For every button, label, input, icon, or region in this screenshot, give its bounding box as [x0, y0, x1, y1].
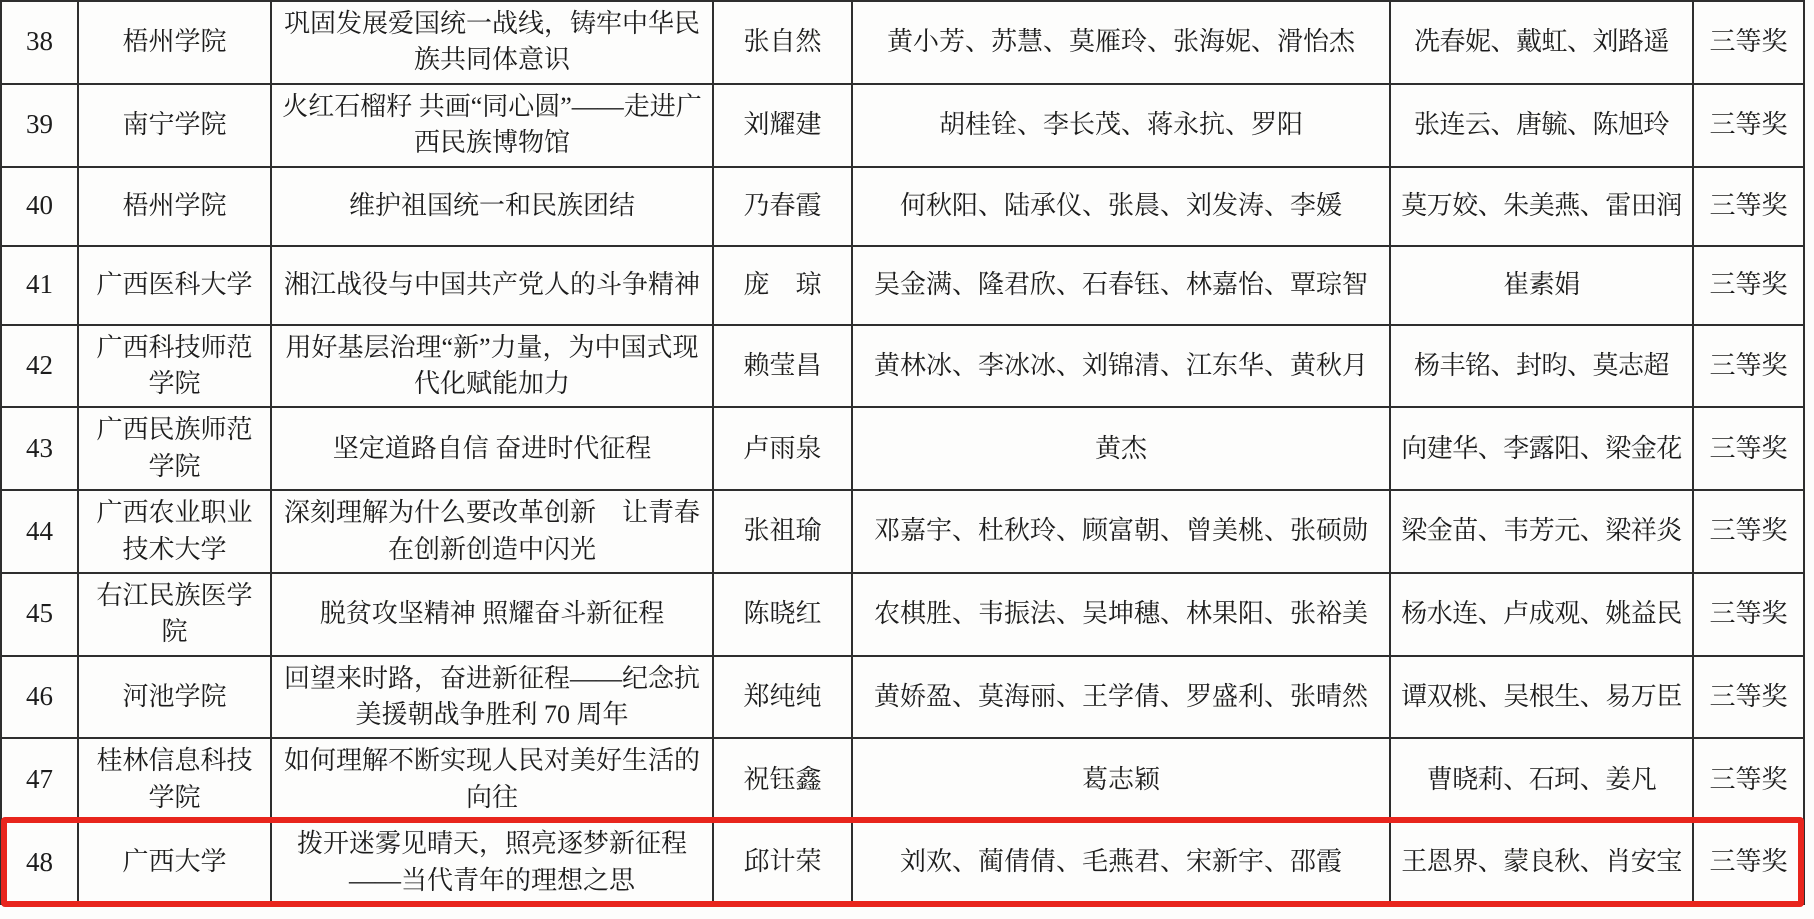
cell-row-number: 47 — [2, 739, 77, 820]
cell-leader: 郑纯纯 — [712, 657, 851, 738]
cell-institution: 南宁学院 — [77, 85, 270, 166]
cell-leader: 刘耀建 — [712, 85, 851, 166]
cell-advisors: 崔素娟 — [1389, 247, 1692, 324]
cell-row-number: 46 — [2, 657, 77, 738]
cell-award-level: 三等奖 — [1692, 822, 1803, 903]
cell-row-number: 41 — [2, 247, 77, 324]
table-row: 39 南宁学院 火红石榴籽 共画“同心圆”——走进广西民族博物馆 刘耀建 胡桂铨… — [2, 85, 1803, 168]
cell-project-title: 火红石榴籽 共画“同心圆”——走进广西民族博物馆 — [270, 85, 712, 166]
cell-leader: 张祖瑜 — [712, 491, 851, 572]
cell-advisors: 冼春妮、戴虹、刘路遥 — [1389, 2, 1692, 83]
cell-leader: 张自然 — [712, 2, 851, 83]
cell-institution: 梧州学院 — [77, 2, 270, 83]
cell-members: 黄娇盈、莫海丽、王学倩、罗盛利、张晴然 — [851, 657, 1389, 738]
table-row: 46 河池学院 回望来时路，奋进新征程——纪念抗美援朝战争胜利 70 周年 郑纯… — [2, 657, 1803, 740]
table-row: 38 梧州学院 巩固发展爱国统一战线，铸牢中华民族共同体意识 张自然 黄小芳、苏… — [2, 2, 1803, 85]
cell-institution: 广西科技师范学院 — [77, 326, 270, 407]
table-row: 48 广西大学 拨开迷雾见晴天，照亮逐梦新征程——当代青年的理想之思 邱计荣 刘… — [2, 822, 1803, 905]
cell-members: 刘欢、蔺倩倩、毛燕君、宋新宇、邵霞 — [851, 822, 1389, 903]
cell-members: 黄杰 — [851, 408, 1389, 489]
cell-project-title: 深刻理解为什么要改革创新 让青春在创新创造中闪光 — [270, 491, 712, 572]
cell-project-title: 坚定道路自信 奋进时代征程 — [270, 408, 712, 489]
cell-row-number: 39 — [2, 85, 77, 166]
cell-award-level: 三等奖 — [1692, 574, 1803, 655]
cell-row-number: 42 — [2, 326, 77, 407]
cell-project-title: 巩固发展爱国统一战线，铸牢中华民族共同体意识 — [270, 2, 712, 83]
cell-award-level: 三等奖 — [1692, 326, 1803, 407]
cell-advisors: 张连云、唐毓、陈旭玲 — [1389, 85, 1692, 166]
cell-leader: 庞 琼 — [712, 247, 851, 324]
cell-project-title: 脱贫攻坚精神 照耀奋斗新征程 — [270, 574, 712, 655]
cell-advisors: 向建华、李露阳、梁金花 — [1389, 408, 1692, 489]
cell-row-number: 38 — [2, 2, 77, 83]
table-row: 40 梧州学院 维护祖国统一和民族团结 乃春霞 何秋阳、陆承仪、张晨、刘发涛、李… — [2, 168, 1803, 247]
document-page: 38 梧州学院 巩固发展爱国统一战线，铸牢中华民族共同体意识 张自然 黄小芳、苏… — [0, 0, 1814, 919]
cell-advisors: 梁金苗、韦芳元、梁祥炎 — [1389, 491, 1692, 572]
cell-leader: 乃春霞 — [712, 168, 851, 245]
cell-institution: 广西农业职业技术大学 — [77, 491, 270, 572]
cell-row-number: 43 — [2, 408, 77, 489]
cell-institution: 桂林信息科技学院 — [77, 739, 270, 820]
table-row: 44 广西农业职业技术大学 深刻理解为什么要改革创新 让青春在创新创造中闪光 张… — [2, 491, 1803, 574]
cell-row-number: 45 — [2, 574, 77, 655]
cell-leader: 邱计荣 — [712, 822, 851, 903]
table-row: 43 广西民族师范学院 坚定道路自信 奋进时代征程 卢雨泉 黄杰 向建华、李露阳… — [2, 408, 1803, 491]
cell-members: 葛志颖 — [851, 739, 1389, 820]
cell-award-level: 三等奖 — [1692, 168, 1803, 245]
cell-leader: 陈晓红 — [712, 574, 851, 655]
cell-row-number: 40 — [2, 168, 77, 245]
cell-members: 吴金满、隆君欣、石春钰、林嘉怡、覃琮智 — [851, 247, 1389, 324]
cell-project-title: 如何理解不断实现人民对美好生活的向往 — [270, 739, 712, 820]
cell-advisors: 谭双桃、吴根生、易万臣 — [1389, 657, 1692, 738]
cell-advisors: 曹晓莉、石珂、姜凡 — [1389, 739, 1692, 820]
cell-project-title: 回望来时路，奋进新征程——纪念抗美援朝战争胜利 70 周年 — [270, 657, 712, 738]
cell-members: 农棋胜、韦振法、吴坤穗、林果阳、张裕美 — [851, 574, 1389, 655]
table-row: 47 桂林信息科技学院 如何理解不断实现人民对美好生活的向往 祝钰鑫 葛志颖 曹… — [2, 739, 1803, 822]
award-table: 38 梧州学院 巩固发展爱国统一战线，铸牢中华民族共同体意识 张自然 黄小芳、苏… — [0, 0, 1805, 905]
cell-institution: 广西民族师范学院 — [77, 408, 270, 489]
cell-award-level: 三等奖 — [1692, 657, 1803, 738]
cell-award-level: 三等奖 — [1692, 247, 1803, 324]
cell-advisors: 莫万姣、朱美燕、雷田润 — [1389, 168, 1692, 245]
cell-institution: 广西大学 — [77, 822, 270, 903]
cell-award-level: 三等奖 — [1692, 408, 1803, 489]
cell-award-level: 三等奖 — [1692, 2, 1803, 83]
cell-project-title: 用好基层治理“新”力量，为中国式现代化赋能加力 — [270, 326, 712, 407]
cell-project-title: 维护祖国统一和民族团结 — [270, 168, 712, 245]
cell-institution: 广西医科大学 — [77, 247, 270, 324]
cell-institution: 右江民族医学院 — [77, 574, 270, 655]
cell-leader: 卢雨泉 — [712, 408, 851, 489]
cell-institution: 梧州学院 — [77, 168, 270, 245]
table-row: 41 广西医科大学 湘江战役与中国共产党人的斗争精神 庞 琼 吴金满、隆君欣、石… — [2, 247, 1803, 326]
cell-members: 黄林冰、李冰冰、刘锦清、江东华、黄秋月 — [851, 326, 1389, 407]
cell-members: 邓嘉宇、杜秋玲、顾富朝、曾美桃、张硕勋 — [851, 491, 1389, 572]
cell-row-number: 44 — [2, 491, 77, 572]
cell-members: 黄小芳、苏慧、莫雁玲、张海妮、滑怡杰 — [851, 2, 1389, 83]
cell-award-level: 三等奖 — [1692, 85, 1803, 166]
cell-advisors: 王恩界、蒙良秋、肖安宝 — [1389, 822, 1692, 903]
cell-project-title: 拨开迷雾见晴天，照亮逐梦新征程——当代青年的理想之思 — [270, 822, 712, 903]
cell-institution: 河池学院 — [77, 657, 270, 738]
cell-advisors: 杨丰铭、封昀、莫志超 — [1389, 326, 1692, 407]
cell-leader: 祝钰鑫 — [712, 739, 851, 820]
cell-members: 胡桂铨、李长茂、蒋永抗、罗阳 — [851, 85, 1389, 166]
cell-leader: 赖莹昌 — [712, 326, 851, 407]
cell-award-level: 三等奖 — [1692, 739, 1803, 820]
cell-members: 何秋阳、陆承仪、张晨、刘发涛、李媛 — [851, 168, 1389, 245]
cell-row-number: 48 — [2, 822, 77, 903]
cell-award-level: 三等奖 — [1692, 491, 1803, 572]
cell-project-title: 湘江战役与中国共产党人的斗争精神 — [270, 247, 712, 324]
table-row: 42 广西科技师范学院 用好基层治理“新”力量，为中国式现代化赋能加力 赖莹昌 … — [2, 326, 1803, 409]
cell-advisors: 杨水连、卢成观、姚益民 — [1389, 574, 1692, 655]
table-row: 45 右江民族医学院 脱贫攻坚精神 照耀奋斗新征程 陈晓红 农棋胜、韦振法、吴坤… — [2, 574, 1803, 657]
